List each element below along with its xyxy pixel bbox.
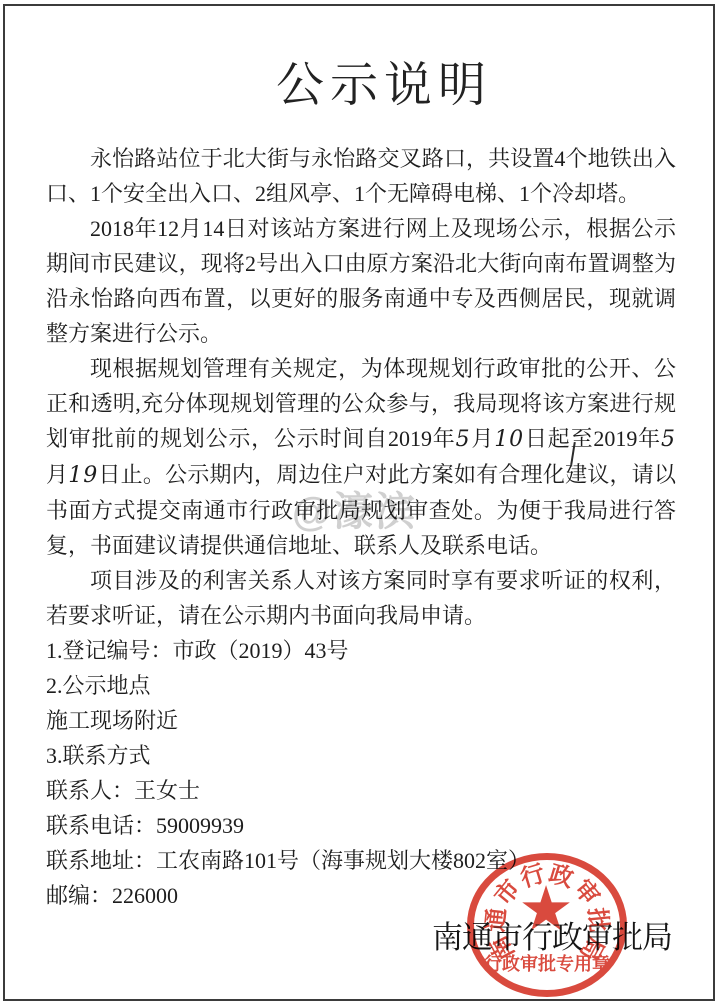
seal-ring-char: 通 <box>484 907 510 933</box>
detail-registration-number: 1.登记编号：市政（2019）43号 <box>46 633 676 668</box>
handwritten-month-2: 5 <box>661 427 676 452</box>
seal-bottom-text: 行政审批专用章 <box>467 950 627 976</box>
paragraph-station-info: 永怡路站位于北大街与永怡路交叉路口，共设置4个地铁出入口、1个安全出入口、2组风… <box>46 141 676 211</box>
p3-text-c: 日起至2019年 <box>524 426 661 451</box>
star-icon: ★ <box>518 879 574 941</box>
detail-contact-label: 3.联系方式 <box>46 738 676 773</box>
detail-publicity-location-label: 2.公示地点 <box>46 668 676 703</box>
page-title: 公示说明 <box>24 46 720 115</box>
handwritten-day-1: 10 <box>494 427 524 452</box>
paragraph-hearing-rights: 项目涉及的利害关系人对该方案同时享有要求听证的权利，若要求听证，请在公示期内书面… <box>46 563 676 633</box>
detail-contact-phone: 联系电话：59009939 <box>46 808 676 843</box>
official-seal: 南通市行政审批局 ★ 行政审批专用章 <box>467 853 627 997</box>
detail-publicity-location-value: 施工现场附近 <box>46 703 676 738</box>
handwritten-month-1: 5 <box>456 427 471 452</box>
p3-text-d: 月 <box>46 462 68 487</box>
detail-contact-person: 联系人：王女士 <box>46 773 676 808</box>
notice-document: 公示说明 永怡路站位于北大街与永怡路交叉路口，共设置4个地铁出入口、1个安全出入… <box>0 0 720 1008</box>
seal-ring-char: 批 <box>584 907 610 933</box>
handwritten-day-2: 19 <box>68 463 98 488</box>
forum-watermark: @濠滨 <box>292 480 417 537</box>
p3-text-b: 月 <box>471 426 495 451</box>
paragraph-adjustment: 2018年12月14日对该站方案进行网上及现场公示，根据公示期间市民建议，现将2… <box>46 211 676 351</box>
